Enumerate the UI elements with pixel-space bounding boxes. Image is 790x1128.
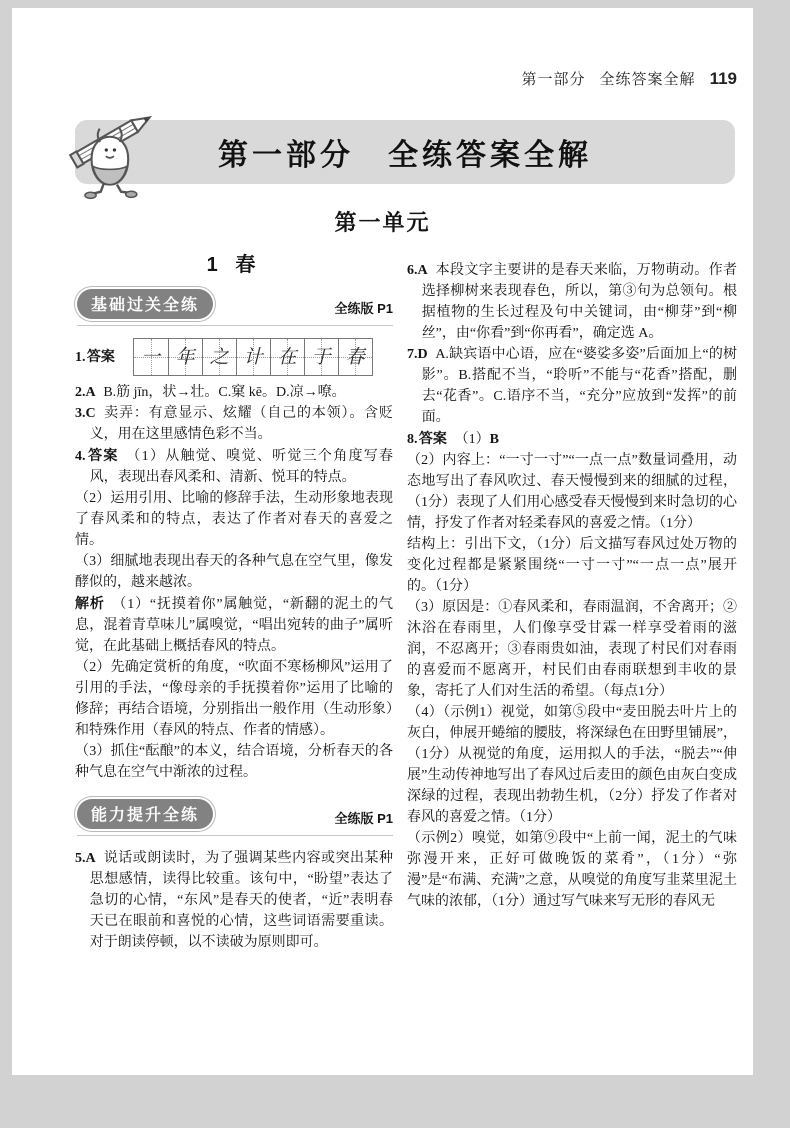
section-header-advanced: 能力提升全练 全练版 P1: [77, 799, 393, 836]
answer-item-5: 5.A说话或朗读时，为了强调某些内容或突出某种思想感情，读得比较重。该句中，“盼…: [75, 848, 393, 953]
writing-grid-cell: 于: [304, 339, 338, 375]
answer-label: 答案: [419, 430, 447, 446]
answer-item-7: 7.DA.缺宾语中心语，应在“婆娑多姿”后面加上“的树影”。B.搭配不当，“聆听…: [407, 344, 737, 428]
section-header-basic: 基础过关全练 全练版 P1: [77, 289, 393, 326]
answer-item-8: 8.答案（1）B （2）内容上：“一寸一寸”“一点一点”数量词叠用，动态地写出了…: [407, 428, 737, 912]
answer-item-7-number: 7.D: [407, 347, 428, 362]
page-number: 119: [710, 69, 737, 89]
writing-grid-cell: 计: [236, 339, 270, 375]
answer-item-6-text: 本段文字主要讲的是春天来临，万物萌动。作者选择柳树来表现春色，所以，第③句为总领…: [422, 263, 737, 341]
answer-item-2: 2.AB.筋 jīn，状→壮。C.窠 kē。D.凉→嘹。: [75, 382, 393, 403]
answer-label: 答案: [87, 447, 119, 463]
running-head-book: 全练答案全解: [600, 68, 696, 89]
edition-label-basic: 全练版 P1: [334, 298, 393, 319]
answer-item-6: 6.A本段文字主要讲的是春天来临，万物萌动。作者选择柳树来表现春色，所以，第③句…: [407, 260, 737, 344]
answer-item-4-analysis3: （3）抓住“酝酿”的本义，结合语境，分析春天的各种气息在空气中渐浓的过程。: [75, 741, 393, 783]
answer-item-4-part1: （1）从触觉、嗅觉、听觉三个角度写春风，表现出春风柔和、清新、悦耳的特点。: [90, 449, 393, 485]
analysis-label: 解析: [75, 595, 105, 611]
answer-item-4-analysis2: （2）先确定赏析的角度，“吹面不寒杨柳风”运用了引用的手法，“像母亲的手抚摸着你…: [75, 657, 393, 741]
section-badge-basic: 基础过关全练: [77, 289, 213, 319]
writing-grid: 一 年 之 计 在 于 春: [133, 338, 373, 376]
answer-item-3-number: 3.C: [75, 406, 96, 421]
answer-item-3: 3.C卖弄：有意显示、炫耀（自己的本领）。含贬义，用在这里感情色彩不当。: [75, 403, 393, 445]
answer-item-8-part4-example1: （4）（示例1）视觉，如第⑤段中“麦田脱去叶片上的灰白，伸展开蜷缩的腰肢，将深绿…: [407, 702, 737, 828]
answer-item-4-number: 4.: [75, 449, 86, 464]
answer-item-8-number: 8.: [407, 432, 418, 447]
running-head-part: 第一部分: [522, 68, 586, 89]
answer-item-4-part3: （3）细腻地表现出春天的各种气息在空气里，像发酵似的，越来越浓。: [75, 551, 393, 593]
writing-grid-cell: 年: [168, 339, 202, 375]
lesson-title: 1 春: [75, 248, 393, 277]
answer-item-8-sub1: （1）: [455, 432, 490, 447]
writing-grid-cell: 之: [202, 339, 236, 375]
answer-item-1-label: 1.答案: [75, 346, 123, 368]
answer-item-3-text: 卖弄：有意显示、炫耀（自己的本领）。含贬义，用在这里感情色彩不当。: [90, 406, 393, 442]
answer-item-5-number: 5.A: [75, 851, 96, 866]
answer-item-2-number: 2.A: [75, 385, 96, 400]
answer-item-8-part2-structure: 结构上：引出下文，（1分）后文描写春风过处万物的变化过程都是紧紧围绕“一寸一寸”…: [407, 534, 737, 597]
answer-item-1: 1.答案 一 年 之 计 在 于 春: [75, 338, 393, 376]
answer-item-4-analysis1: （1）“抚摸着你”属触觉，“新翻的泥土的气息，混着青草味儿”属嗅觉，“唱出宛转的…: [75, 597, 393, 654]
two-column-content: 1 春 基础过关全练 全练版 P1 1.答案 一 年 之 计 在 于 春: [75, 248, 737, 953]
answer-item-7-text: A.缺宾语中心语，应在“婆娑多姿”后面加上“的树影”。B.搭配不当，“聆听”不能…: [422, 347, 737, 425]
left-column: 1 春 基础过关全练 全练版 P1 1.答案 一 年 之 计 在 于 春: [75, 248, 393, 953]
answer-item-8-sub1-answer: B: [490, 432, 499, 447]
part-title: 第一部分 全练答案全解: [218, 130, 592, 174]
right-column: 6.A本段文字主要讲的是春天来临，万物萌动。作者选择柳树来表现春色，所以，第③句…: [407, 248, 737, 912]
answer-item-5-text: 说话或朗读时，为了强调某些内容或突出某种思想感情，读得比较重。该句中，“盼望”表…: [90, 851, 393, 950]
answer-item-8-part3: （3）原因是：①春风柔和，春雨温润，不舍离开；②沐浴在春雨里，人们像享受甘霖一样…: [407, 597, 737, 702]
unit-title: 第一单元: [12, 206, 753, 237]
answer-item-8-part2: （2）内容上：“一寸一寸”“一点一点”数量词叠用，动态地写出了春风吹过、春天慢慢…: [407, 450, 737, 534]
answer-item-4-part2: （2）运用引用、比喻的修辞手法，生动形象地表现了春风柔和的特点，表达了作者对春天…: [75, 488, 393, 551]
running-head: 第一部分 全练答案全解 119: [522, 68, 737, 89]
section-badge-advanced: 能力提升全练: [77, 799, 213, 829]
answer-item-6-number: 6.A: [407, 263, 428, 278]
writing-grid-cell: 春: [338, 339, 372, 375]
pencil-mascot-illustration: [61, 94, 173, 206]
book-page: 第一部分 全练答案全解 119 第一部分 全练答案全: [12, 8, 753, 1075]
part-title-banner: 第一部分 全练答案全解: [75, 120, 735, 184]
writing-grid-cell: 一: [134, 339, 168, 375]
writing-grid-cell: 在: [270, 339, 304, 375]
answer-item-2-text: B.筋 jīn，状→壮。C.窠 kē。D.凉→嘹。: [103, 385, 345, 400]
answer-item-8-part4-example2: （示例2）嗅觉，如第⑨段中“上前一闻，泥土的气味弥漫开来，正好可做晚饭的菜肴”，…: [407, 828, 737, 912]
edition-label-advanced: 全练版 P1: [334, 808, 393, 829]
answer-item-4: 4.答案（1）从触觉、嗅觉、听觉三个角度写春风，表现出春风柔和、清新、悦耳的特点…: [75, 445, 393, 783]
